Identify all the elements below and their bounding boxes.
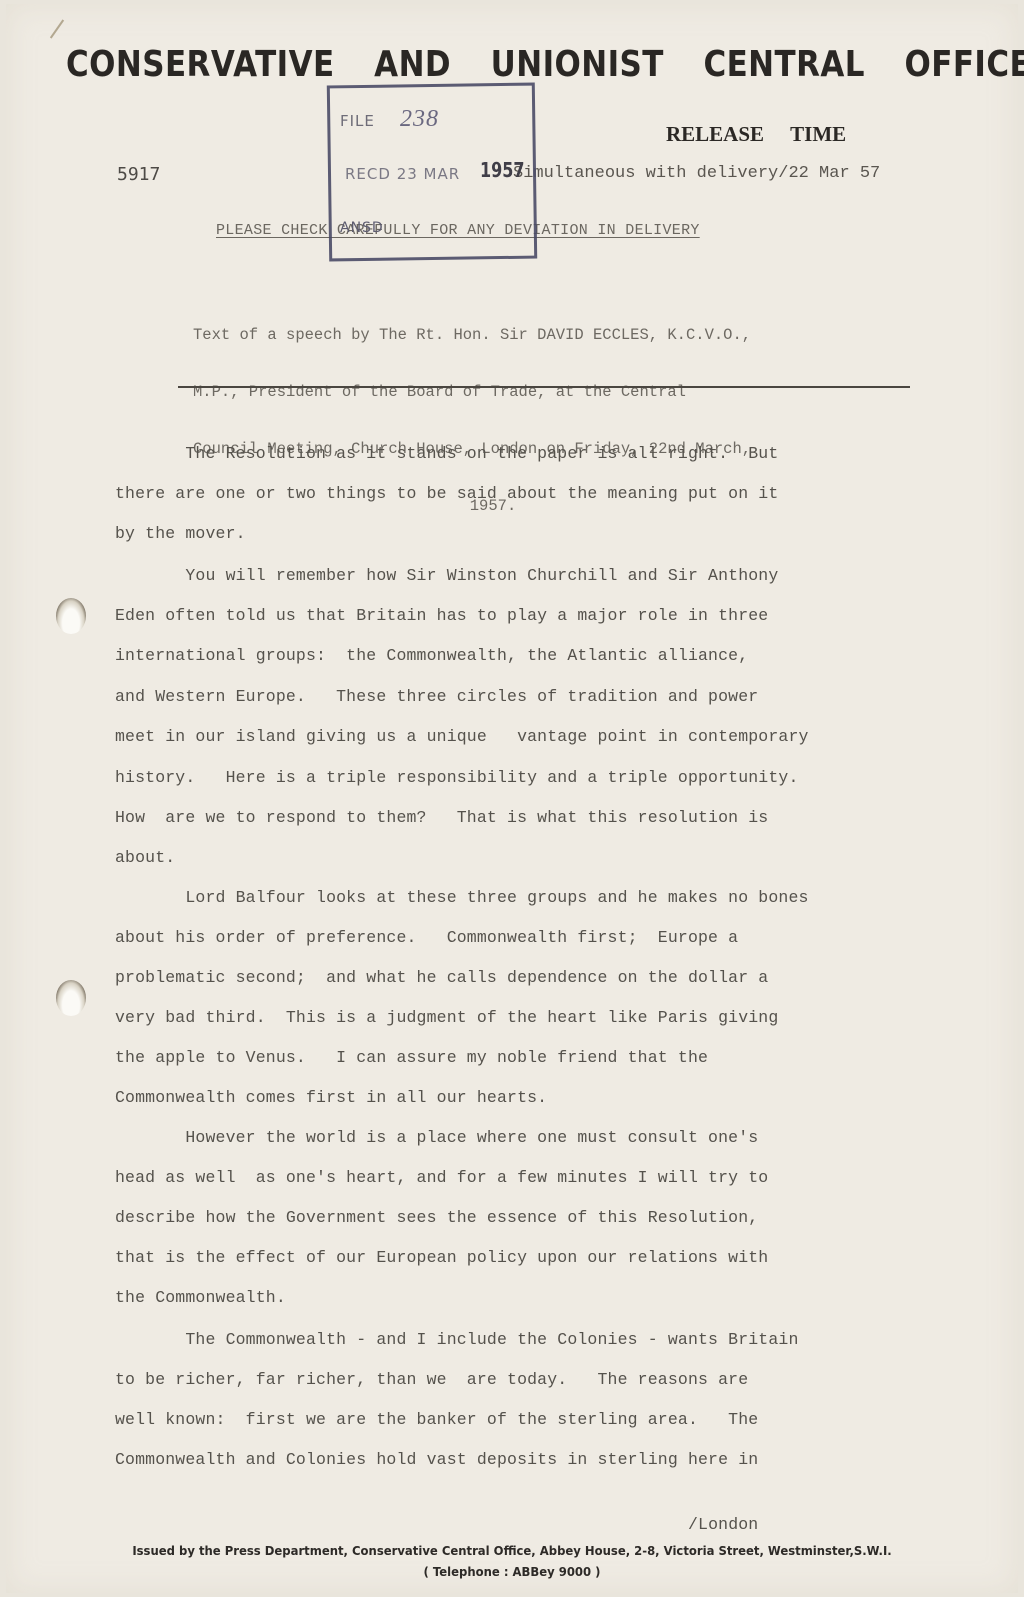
catchword: /London: [688, 1515, 758, 1534]
stamp-year: 1957: [480, 158, 525, 182]
body-line: the apple to Venus. I can assure my nobl…: [115, 1048, 708, 1067]
punch-hole: [56, 598, 86, 634]
body-line: describe how the Government sees the ess…: [115, 1208, 758, 1227]
body-line: The Commonwealth - and I include the Col…: [115, 1330, 799, 1349]
divider-rule: [178, 386, 910, 388]
body-line: meet in our island giving us a unique va…: [115, 727, 809, 746]
body-line: problematic second; and what he calls de…: [115, 968, 768, 987]
body-line: to be richer, far richer, than we are to…: [115, 1370, 748, 1389]
body-line: very bad third. This is a judgment of th…: [115, 1008, 778, 1027]
stamp-received-date: RECD 23 MAR: [345, 165, 460, 183]
body-line: about.: [115, 848, 175, 867]
body-line: Commonwealth comes first in all our hear…: [115, 1088, 547, 1107]
body-line: Lord Balfour looks at these three groups…: [115, 888, 809, 907]
body-line: history. Here is a triple responsibility…: [115, 768, 799, 787]
body-line: well known: first we are the banker of t…: [115, 1410, 758, 1429]
body-line: that is the effect of our European polic…: [115, 1248, 768, 1267]
release-time-value: Simultaneous with delivery/22 Mar 57: [513, 164, 880, 183]
letterhead-title: CONSERVATIVE AND UNIONIST CENTRAL OFFICE: [66, 44, 1024, 85]
footer-telephone: ( Telephone : ABBey 9000 ): [36, 1564, 988, 1579]
footer-issued-by: Issued by the Press Department, Conserva…: [36, 1543, 988, 1558]
body-line: international groups: the Commonwealth, …: [115, 646, 748, 665]
body-line: the Commonwealth.: [115, 1288, 286, 1307]
release-time-heading: RELEASE TIME: [666, 122, 846, 147]
reference-number: 5917: [117, 164, 160, 185]
body-line: and Western Europe. These three circles …: [115, 687, 758, 706]
intro-line: Text of a speech by The Rt. Hon. Sir DAV…: [193, 326, 793, 345]
body-line: Eden often told us that Britain has to p…: [115, 606, 768, 625]
body-line: by the mover.: [115, 524, 246, 543]
body-line: You will remember how Sir Winston Church…: [115, 566, 778, 585]
body-line: Commonwealth and Colonies hold vast depo…: [115, 1450, 758, 1469]
stamp-file-number: 238: [400, 106, 439, 133]
body-line: How are we to respond to them? That is w…: [115, 808, 768, 827]
body-line: there are one or two things to be said a…: [115, 484, 778, 503]
punch-hole: [56, 980, 86, 1016]
body-line: about his order of preference. Commonwea…: [115, 928, 738, 947]
body-line: The Resolution as it stands on the paper…: [115, 444, 778, 463]
body-line: However the world is a place where one m…: [115, 1128, 758, 1147]
body-line: head as well as one's heart, and for a f…: [115, 1168, 768, 1187]
stamp-file-label: FILE: [340, 112, 375, 130]
stamp-answered-label: ANSD: [340, 220, 384, 236]
